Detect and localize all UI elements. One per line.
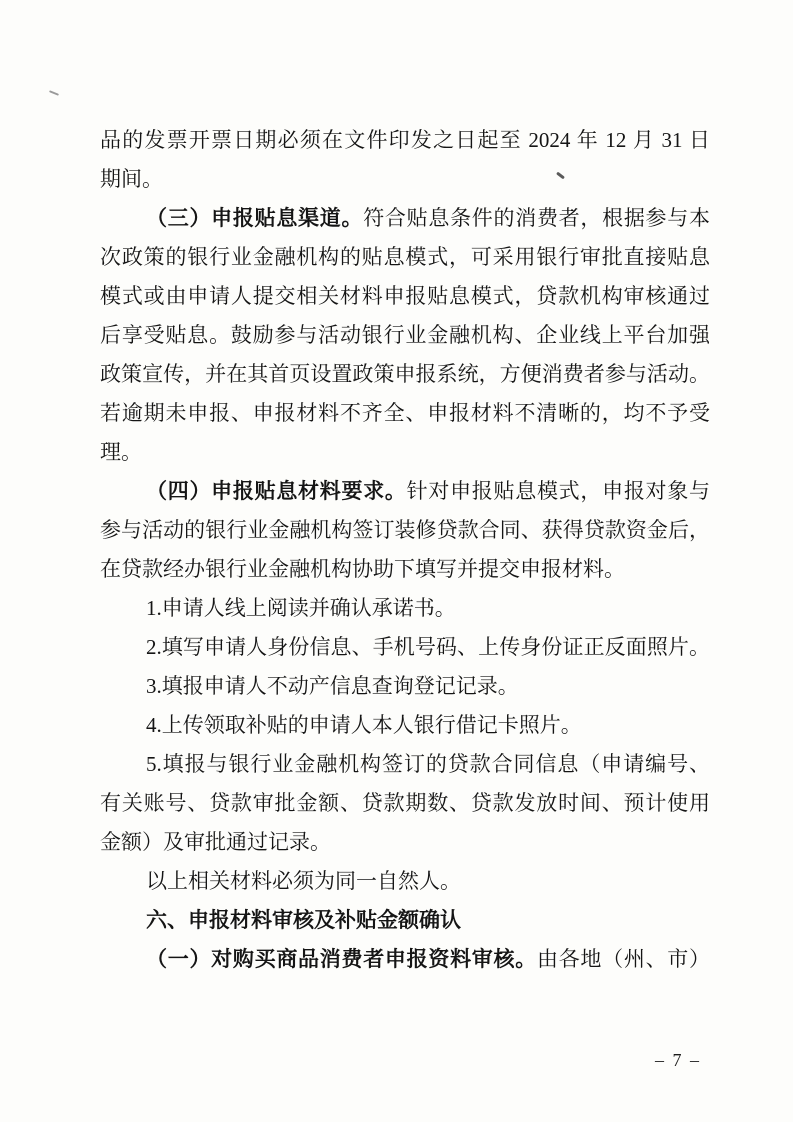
text-run: 符合贴息条件的消费者，根据参与本 — [363, 206, 710, 230]
text-line: 金额）及审批通过记录。 — [100, 823, 710, 862]
text-run: 次政策的银行业金融机构的贴息模式，可采用银行审批直接贴息 — [100, 245, 710, 269]
text-line: 理。 — [100, 433, 710, 472]
text-line: 政策宣传，并在其首页设置政策申报系统，方便消费者参与活动。 — [100, 355, 710, 394]
text-run: 4.上传领取补贴的申请人本人银行借记卡照片。 — [146, 713, 582, 737]
text-run: 有关账号、贷款审批金额、贷款期数、贷款发放时间、预计使用 — [100, 791, 710, 815]
bold-run: （三）申报贴息渠道。 — [146, 206, 363, 230]
section-heading: 六、申报材料审核及补贴金额确认 — [100, 901, 710, 940]
text-run: 政策宣传，并在其首页设置政策申报系统，方便消费者参与活动。 — [100, 362, 710, 386]
text-line: 品的发票开票日期必须在文件印发之日起至 2024 年 12 月 31 日 — [100, 121, 710, 160]
text-line: 后享受贴息。鼓励参与活动银行业金融机构、企业线上平台加强 — [100, 316, 710, 355]
text-block: 品的发票开票日期必须在文件印发之日起至 2024 年 12 月 31 日 期间。… — [100, 121, 710, 979]
text-run: 针对申报贴息模式，申报对象与 — [407, 479, 710, 503]
text-line: 有关账号、贷款审批金额、贷款期数、贷款发放时间、预计使用 — [100, 784, 710, 823]
text-run: 品的发票开票日期必须在文件印发之日起至 2024 年 12 月 31 日 — [100, 128, 710, 152]
text-run: 期间。 — [100, 167, 163, 191]
text-run: 5.填报与银行业金融机构签订的贷款合同信息（申请编号、 — [146, 752, 710, 776]
text-run: 若逾期未申报、申报材料不齐全、申报材料不清晰的，均不予受 — [100, 401, 710, 425]
document-page: 品的发票开票日期必须在文件印发之日起至 2024 年 12 月 31 日 期间。… — [0, 0, 793, 1122]
text-line: 期间。 — [100, 160, 710, 199]
text-run: 理。 — [100, 440, 142, 464]
bold-run: 六、申报材料审核及补贴金额确认 — [146, 908, 461, 932]
text-run: 以上相关材料必须为同一自然人。 — [146, 869, 461, 893]
text-line: 以上相关材料必须为同一自然人。 — [100, 862, 710, 901]
text-run: 在贷款经办银行业金融机构协助下填写并提交申报材料。 — [100, 557, 625, 581]
text-run: 参与活动的银行业金融机构签订装修贷款合同、获得贷款资金后， — [100, 518, 710, 542]
text-run: 1.申请人线上阅读并确认承诺书。 — [146, 596, 456, 620]
text-run: 金额）及审批通过记录。 — [100, 830, 331, 854]
text-run: 由各地（州、市） — [537, 947, 710, 971]
text-line list-item: 3.填报申请人不动产信息查询登记记录。 — [100, 667, 710, 706]
text-run: 3.填报申请人不动产信息查询登记记录。 — [146, 674, 519, 698]
text-run: 模式或由申请人提交相关材料申报贴息模式，贷款机构审核通过 — [100, 284, 710, 308]
text-line list-item: 4.上传领取补贴的申请人本人银行借记卡照片。 — [100, 706, 710, 745]
page-number: – 7 – — [628, 1050, 728, 1071]
text-line: 次政策的银行业金融机构的贴息模式，可采用银行审批直接贴息 — [100, 238, 710, 277]
scan-artifact — [49, 90, 59, 96]
text-line: 在贷款经办银行业金融机构协助下填写并提交申报材料。 — [100, 550, 710, 589]
text-line: 模式或由申请人提交相关材料申报贴息模式，贷款机构审核通过 — [100, 277, 710, 316]
text-run: 2.填写申请人身份信息、手机号码、上传身份证正反面照片。 — [146, 635, 710, 659]
bold-run: （一）对购买商品消费者申报资料审核。 — [146, 947, 537, 971]
text-line list-item: 5.填报与银行业金融机构签订的贷款合同信息（申请编号、 — [100, 745, 710, 784]
text-line list-item: 1.申请人线上阅读并确认承诺书。 — [100, 589, 710, 628]
text-line: 若逾期未申报、申报材料不齐全、申报材料不清晰的，均不予受 — [100, 394, 710, 433]
text-line: （四）申报贴息材料要求。针对申报贴息模式，申报对象与 — [100, 472, 710, 511]
text-line list-item: 2.填写申请人身份信息、手机号码、上传身份证正反面照片。 — [100, 628, 710, 667]
text-run: 后享受贴息。鼓励参与活动银行业金融机构、企业线上平台加强 — [100, 323, 710, 347]
text-line: 参与活动的银行业金融机构签订装修贷款合同、获得贷款资金后， — [100, 511, 710, 550]
text-line: （一）对购买商品消费者申报资料审核。由各地（州、市） — [100, 940, 710, 979]
text-line: （三）申报贴息渠道。符合贴息条件的消费者，根据参与本 — [100, 199, 710, 238]
bold-run: （四）申报贴息材料要求。 — [146, 479, 407, 503]
